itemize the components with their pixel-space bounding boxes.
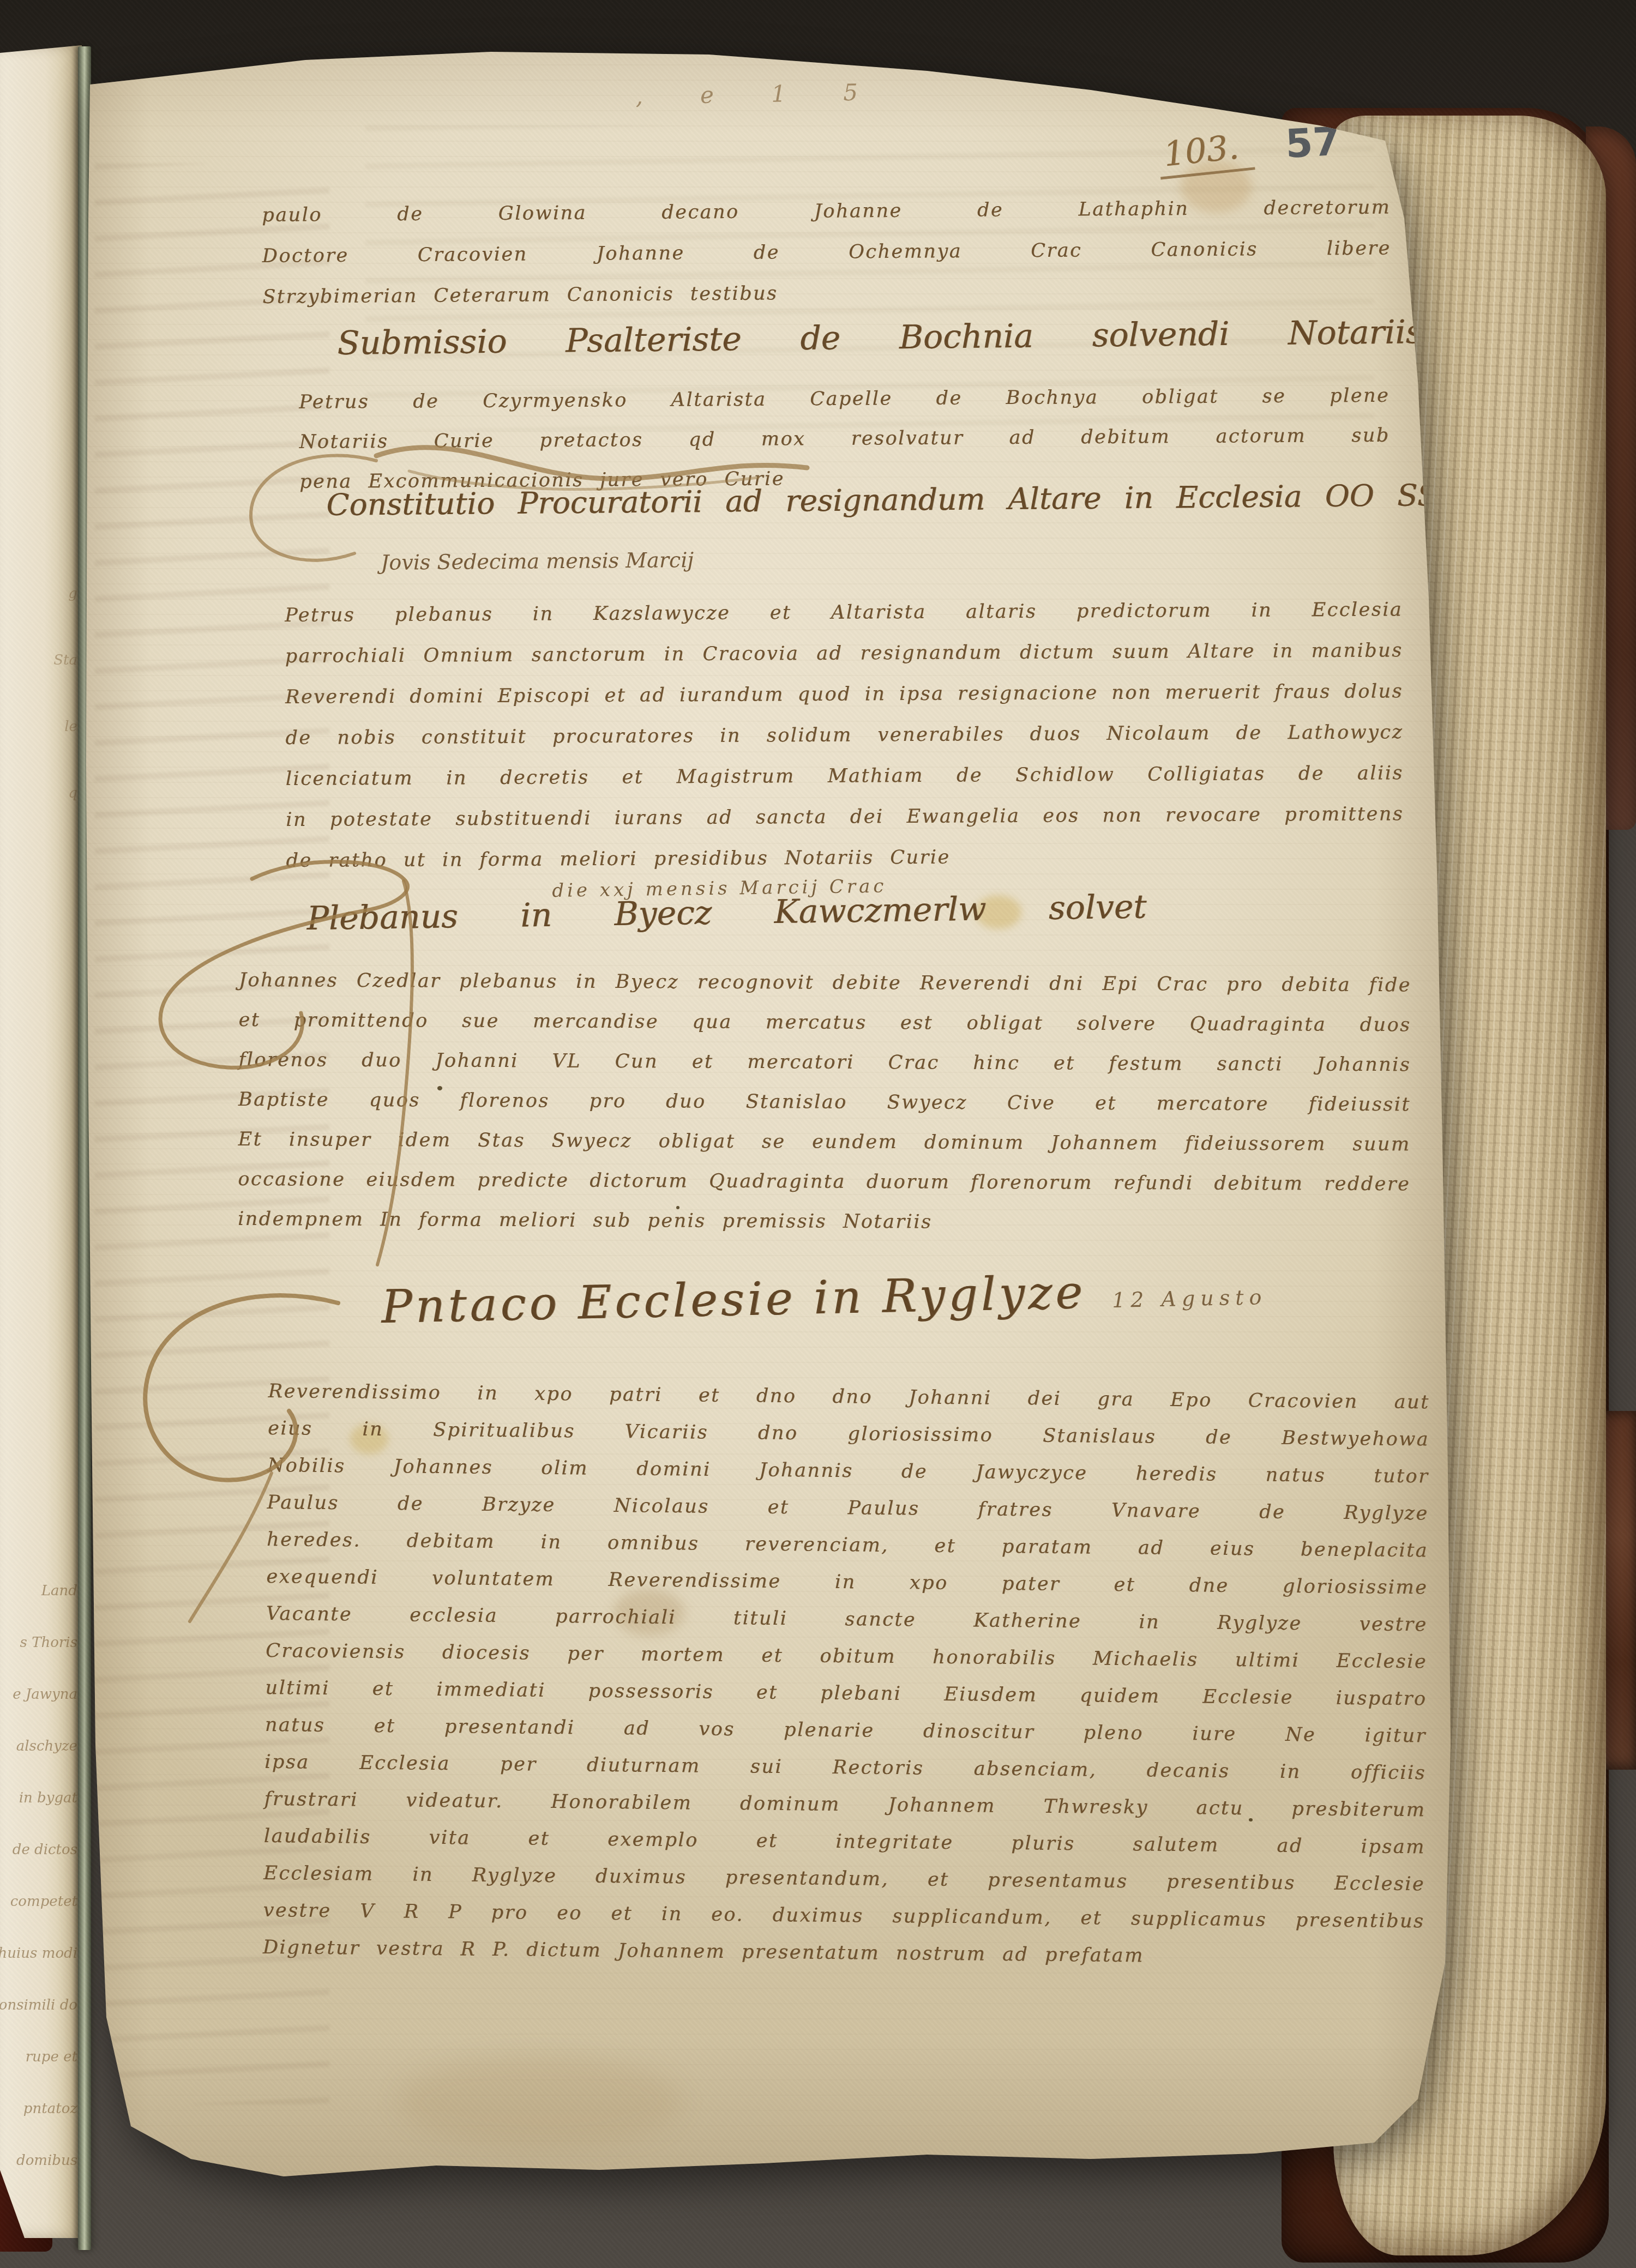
manuscript-line: Baptiste quos florenos pro duo Stanislao… <box>238 1080 1411 1125</box>
presentatio-entry: Reverendissimo in xpo patri et dno dno J… <box>263 1373 1430 1977</box>
manuscript-line: parrochiali Omnium sanctorum in Cracovia… <box>285 630 1403 677</box>
handwriting-layer: , e 1 5 103. 57 paulo de Glowina decano … <box>82 49 1456 2186</box>
manuscript-photo: gStaleq Lands Thorise Jawynaalschyzein b… <box>0 0 1636 2268</box>
top-edge-marks: , e 1 5 <box>635 79 883 110</box>
manuscript-line: de nobis constituit procuratores in soli… <box>285 712 1403 759</box>
manuscript-line: et promittendo sue mercandise qua mercat… <box>238 1000 1411 1045</box>
presentatio-heading: Pntaco Ecclesie in Ryglyze <box>381 1265 1086 1334</box>
margin-fragment: consimili do <box>0 1980 77 2031</box>
margin-fragment: de dictos <box>0 1824 77 1876</box>
manuscript-page-wrap: , e 1 5 103. 57 paulo de Glowina decano … <box>82 49 1456 2186</box>
constitutio-dateline: Jovis Sedecima mensis Marcij <box>381 548 694 575</box>
submissio-heading: Submissio Psalteriste de Bochnia solvend… <box>337 313 1423 363</box>
margin-fragment: domibus <box>0 2135 77 2187</box>
margin-fragment: g <box>53 560 77 627</box>
margin-fragment: rupe et <box>0 2031 77 2083</box>
manuscript-line: de ratho ut in forma meliori presidibus … <box>286 835 1404 882</box>
manuscript-line: indempnem In forma meliori sub penis pre… <box>238 1199 1410 1244</box>
presentatio-heading-row: Pntaco Ecclesie in Ryglyze 12 Agusto <box>381 1258 1418 1334</box>
margin-fragment: s Thoris <box>0 1617 77 1669</box>
margin-fragment: q <box>53 760 77 827</box>
manuscript-page: , e 1 5 103. 57 paulo de Glowina decano … <box>82 49 1456 2186</box>
witness-clause: paulo de Glowina decano Johanne de Latha… <box>262 188 1392 318</box>
manuscript-line: Notariis Curie pretactos qd mox resolvat… <box>299 416 1390 462</box>
plebanus-entry: Johannes Czedlar plebanus in Byecz recog… <box>238 961 1411 1244</box>
manuscript-line: Strzybimerian Ceterarum Canonicis testib… <box>262 269 1391 318</box>
manuscript-line: occasione eiusdem predicte dictorum Quad… <box>238 1160 1410 1204</box>
margin-fragment: Land <box>0 1565 77 1617</box>
manuscript-line: Petrus plebanus in Kazslawycze et Altari… <box>285 589 1403 636</box>
margin-fragment: in bygat <box>0 1772 77 1824</box>
constitutio-entry: Petrus plebanus in Kazslawycze et Altari… <box>285 589 1404 882</box>
margin-fragment: Sta <box>53 627 77 693</box>
plebanus-heading: Plebanus in Byecz Kawczmerlw solvet <box>306 888 1147 937</box>
manuscript-line: Johannes Czedlar plebanus in Byecz recog… <box>239 961 1411 1005</box>
folio-number-pencil: 57 <box>1284 118 1341 167</box>
margin-fragment: competet <box>0 1876 77 1928</box>
margin-fragment: alschyze <box>0 1721 77 1772</box>
margin-fragments-upper: gStaleq <box>53 560 77 827</box>
margin-fragment: le <box>53 693 77 760</box>
margin-fragment: huius modi <box>0 1928 77 1980</box>
manuscript-line: licenciatum in decretis et Magistrum Mat… <box>286 753 1404 800</box>
manuscript-line: Reverendi domini Episcopi et ad iurandum… <box>285 671 1403 718</box>
manuscript-line: Et insuper idem Stas Swyecz obligat se e… <box>238 1120 1410 1165</box>
manuscript-line: in potestate substituendi iurans ad sanc… <box>286 794 1404 841</box>
manuscript-line: paulo de Glowina decano Johanne de Latha… <box>262 188 1391 236</box>
facing-page-strip: gStaleq Lands Thorise Jawynaalschyzein b… <box>0 45 82 2238</box>
folio-number-ink: 103. <box>1156 125 1255 180</box>
manuscript-line: Petrus de Czyrmyensko Altarista Capelle … <box>299 376 1390 423</box>
margin-fragment: e Jawyna <box>0 1669 77 1721</box>
margin-fragments-lower: Lands Thorise Jawynaalschyzein bygatde d… <box>0 1565 77 2187</box>
manuscript-line: florenos duo Johanni VL Cun et mercatori… <box>238 1040 1411 1085</box>
manuscript-line: Doctore Cracovien Johanne de Ochemnya Cr… <box>262 228 1391 277</box>
margin-fragment: pntatoz <box>0 2083 77 2135</box>
presentatio-date-note: 12 Agusto <box>1112 1285 1267 1312</box>
